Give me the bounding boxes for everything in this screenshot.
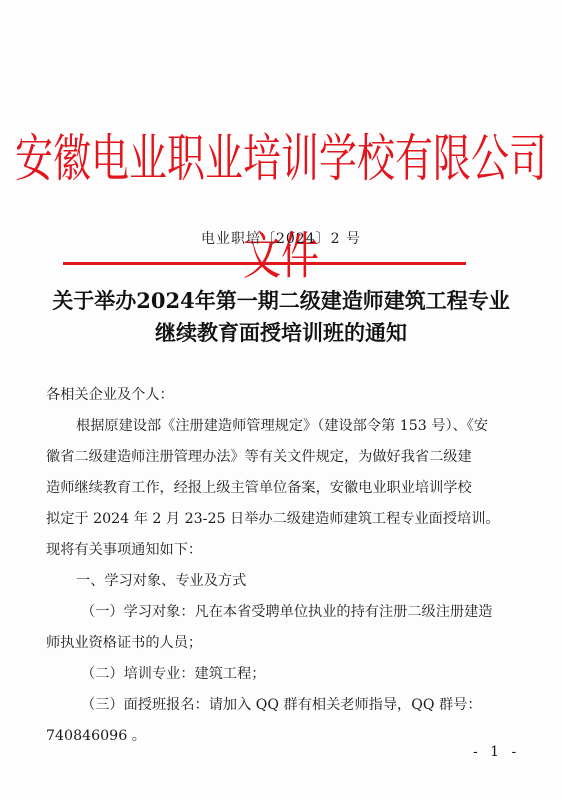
document-page: 安徽电业职业培训学校有限公司文件 电业职培〔2024〕2 号 关于举办2024年…: [0, 0, 562, 800]
intro-line-1: 根据原建设部《注册建造师管理规定》（建设部令第 153 号）、《安: [46, 411, 480, 442]
intro-line-3: 造师继续教育工作，经报上级主管单位备案，安徽电业职业培训学校: [46, 473, 480, 504]
organization-header: 安徽电业职业培训学校有限公司文件: [0, 110, 562, 304]
title-line-1: 关于举办2024年第一期二级建造师建筑工程专业: [0, 285, 562, 317]
item1-line-2: 师执业资格证书的人员；: [46, 628, 480, 659]
intro-line-5: 现将有关事项通知如下：: [46, 535, 480, 566]
intro-line-2: 徽省二级建造师注册管理办法》等有关文件规定，为做好我省二级建: [46, 442, 480, 473]
section1-heading: 一、学习对象、专业及方式: [46, 566, 480, 597]
document-number: 电业职培〔2024〕2 号: [0, 228, 562, 248]
document-body: 各相关企业及个人： 根据原建设部《注册建造师管理规定》（建设部令第 153 号）…: [46, 380, 480, 752]
red-divider-rule: [63, 262, 466, 265]
item3-line-2: 740846096 。: [46, 721, 480, 752]
item2-line-1: （二）培训专业：建筑工程；: [46, 659, 480, 690]
item3-line-1: （三）面授班报名：请加入 QQ 群有相关老师指导，QQ 群号：: [46, 690, 480, 721]
page-number: - 1 -: [473, 744, 520, 760]
title-line-2: 继续教育面授培训班的通知: [0, 317, 562, 349]
intro-line-4: 拟定于 2024 年 2 月 23-25 日举办二级建造师建筑工程专业面授培训。: [46, 504, 480, 535]
item1-line-1: （一）学习对象：凡在本省受聘单位执业的持有注册二级注册建造: [46, 597, 480, 628]
salutation: 各相关企业及个人：: [46, 380, 480, 411]
notice-title: 关于举办2024年第一期二级建造师建筑工程专业 继续教育面授培训班的通知: [0, 285, 562, 349]
